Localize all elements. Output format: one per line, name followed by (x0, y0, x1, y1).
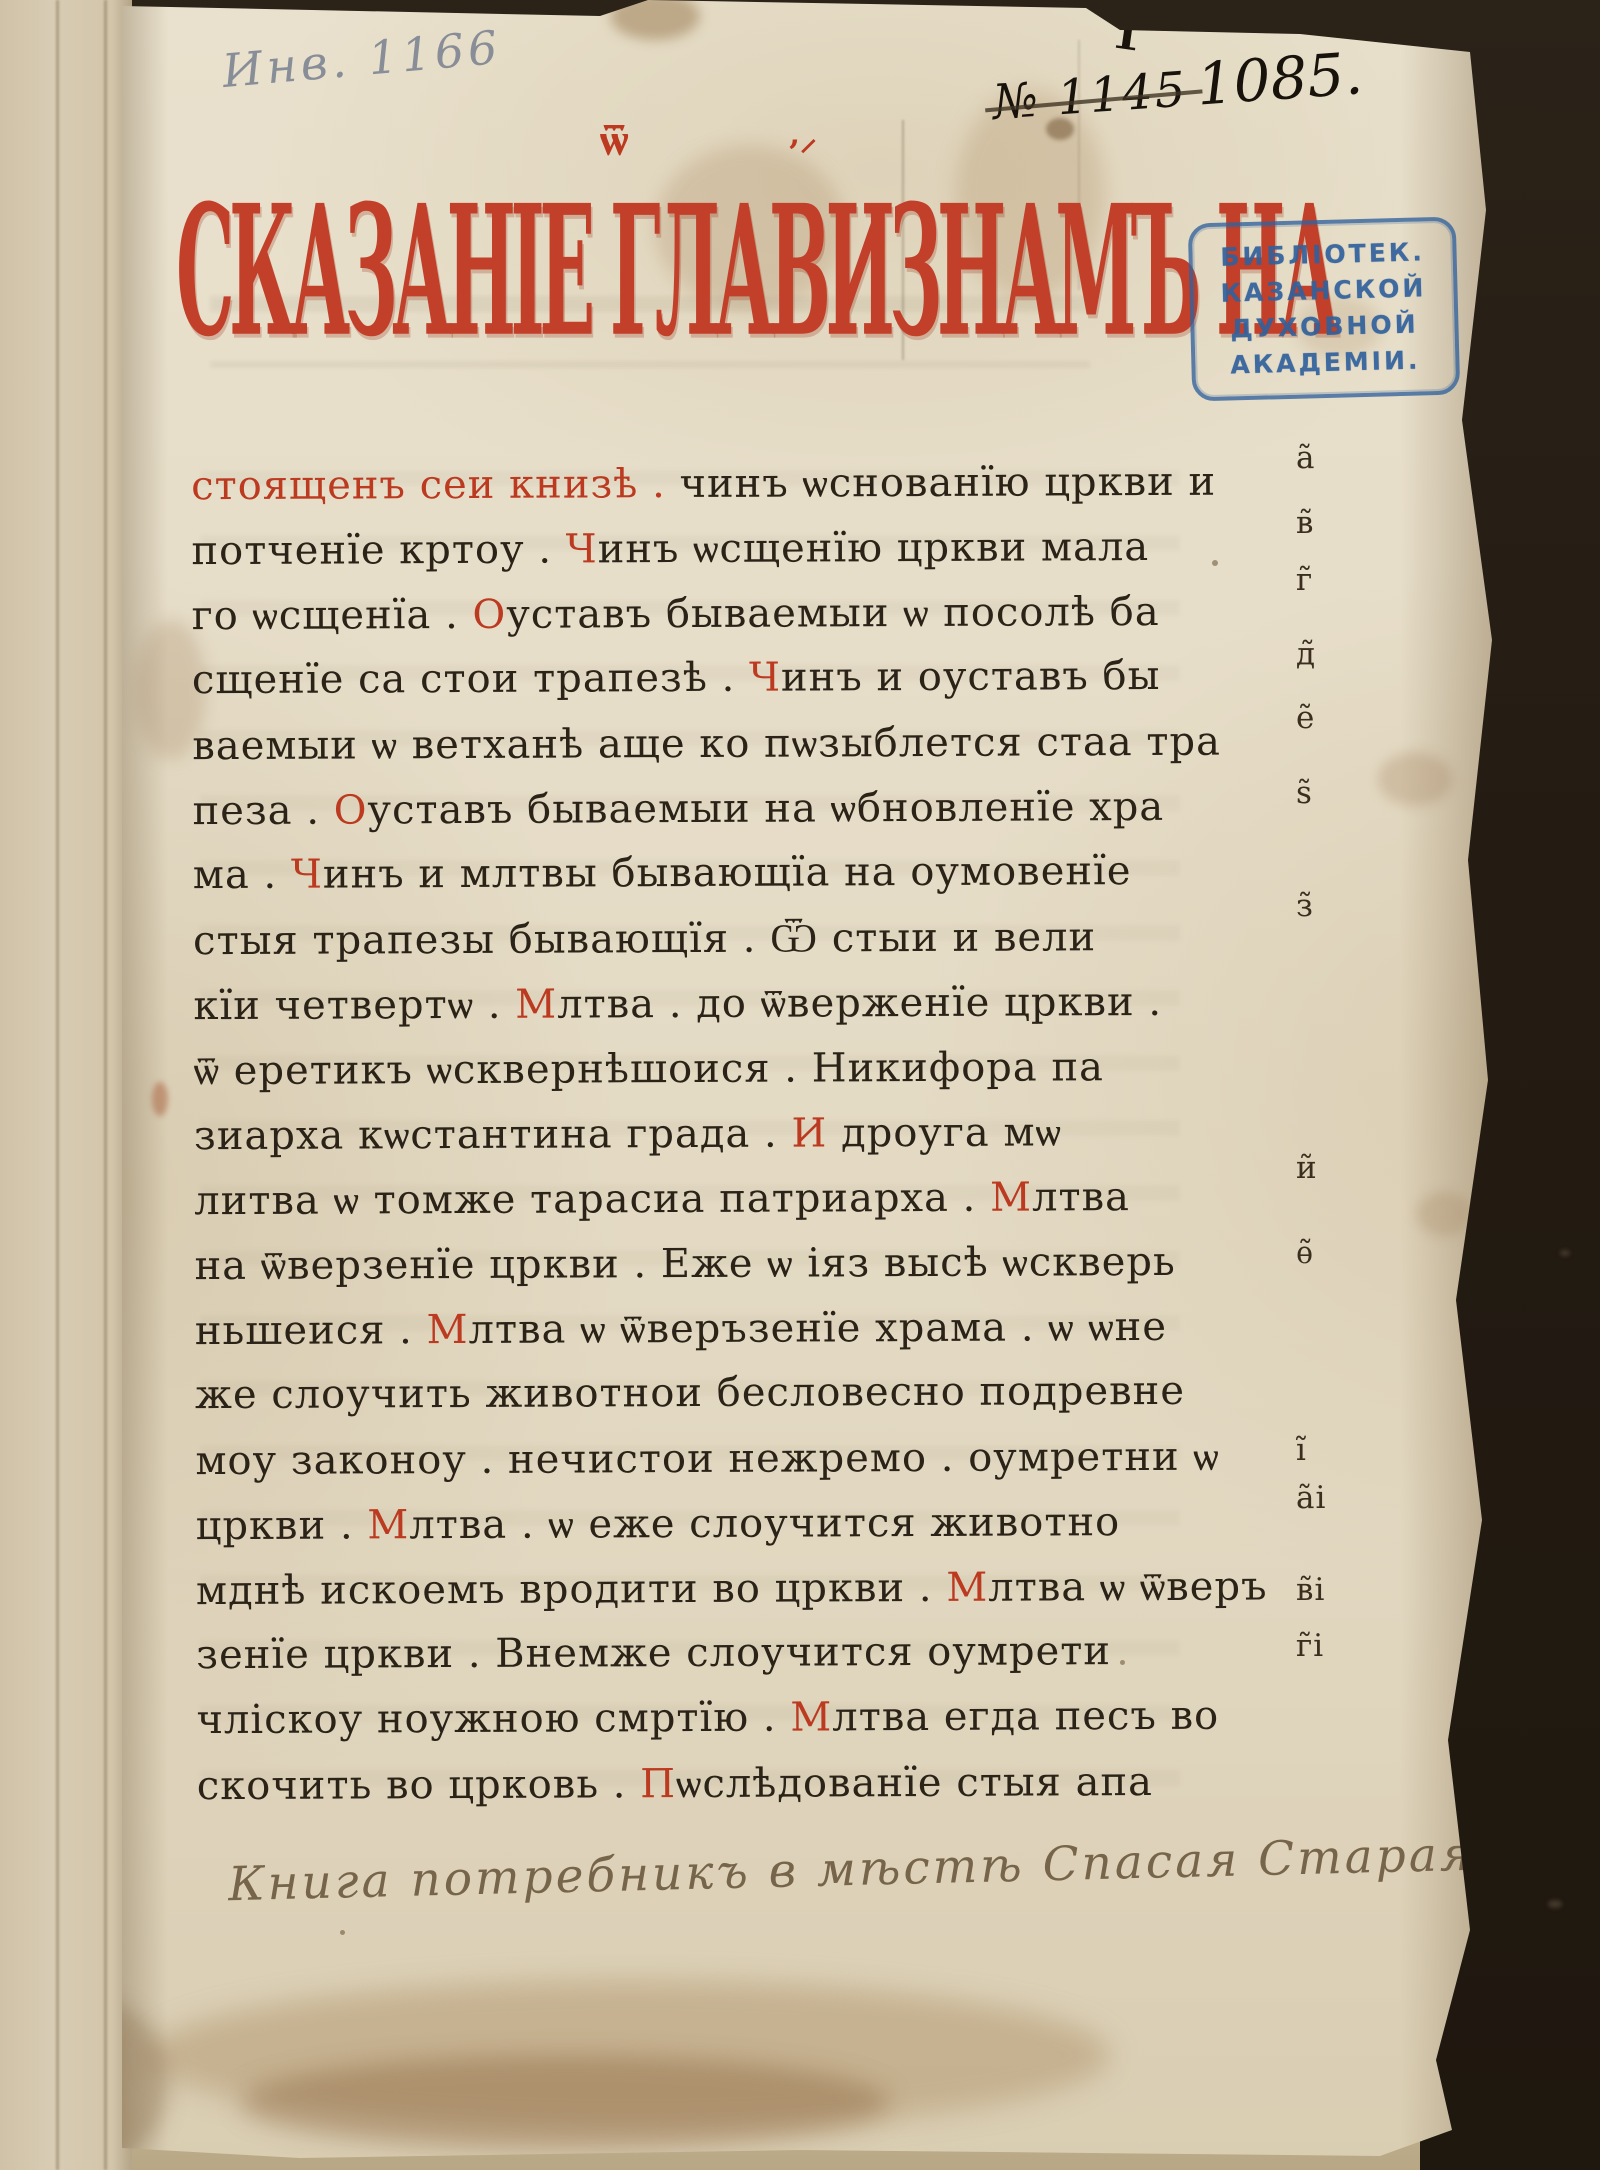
margin-number: в̃ (1296, 505, 1314, 541)
rubric-initial: М (515, 982, 557, 1028)
rubric-initial: Ч (566, 526, 598, 572)
headline-flourish-icon: ѿ (600, 112, 628, 166)
text-segment: ваемыи ѡ ветханѣ аще ко пѡзыблется стаа … (192, 719, 1221, 769)
rubric-initial: И (791, 1110, 827, 1156)
text-line: цркви . Млтва . ѡ еже слоучится животно (196, 1498, 1196, 1567)
text-line: скочить во црковь . Пѡслѣдованїе стыя ап… (197, 1758, 1197, 1827)
text-segment: сщенїе са стои трапезѣ . (192, 655, 749, 703)
text-segment: лтва (1032, 1174, 1130, 1220)
stain (240, 2055, 890, 2150)
crossed-out-number: № 1145 (991, 61, 1189, 130)
text-segment: литва ѡ томже тарасиа патриарха . (194, 1175, 990, 1224)
stain (150, 1980, 1110, 2130)
rubric-initial: М (367, 1502, 409, 1548)
text-line: потченїе кртоу . Чинъ ѡсщенїю цркви мала (191, 523, 1191, 592)
text-segment: чліскоу ноужною смртїю . (196, 1695, 790, 1744)
manuscript-photo: Инв. 1166 № 11451085. 1 ѿ ’⸍ СКАЗАНІЕ ГЛ… (0, 0, 1600, 2170)
text-segment: лтва ѡ ѿверъзенїе храма . ѡ ѡне (468, 1304, 1167, 1353)
text-segment: го ѡсщенїа . (192, 592, 473, 639)
fold-crease (56, 0, 59, 2170)
rubric-initial: О (334, 787, 368, 833)
binding-shadow (122, 0, 168, 2170)
text-segment: лтва ѡ ѿверъ (988, 1564, 1267, 1611)
text-segment: лтва . до ѿверженїе цркви . (557, 979, 1162, 1028)
text-segment: же слоучить животнои бесловесно подревне (195, 1368, 1185, 1418)
parchment-page: Инв. 1166 № 11451085. 1 ѿ ’⸍ СКАЗАНІЕ ГЛ… (0, 0, 1600, 2170)
text-segment: инъ ѡсщенїю цркви мала (598, 524, 1150, 572)
margin-number: з̃ (1296, 888, 1314, 924)
margin-number: і̃ (1296, 1432, 1307, 1468)
stain (1378, 752, 1452, 806)
text-segment: лтва . ѡ еже слоучится животно (409, 1499, 1120, 1548)
text-line: пеза . Оуставъ бываемыи на ѡбновленїе хр… (192, 783, 1192, 852)
margin-number: а̃ (1296, 440, 1315, 476)
ink-speck (340, 1930, 345, 1935)
margin-number: ѳ̃ (1296, 1235, 1314, 1271)
rubric-initial: стоященъ сеи книзѣ . (191, 461, 680, 509)
rubric-initial: М (426, 1307, 468, 1353)
rubric-initial: О (472, 592, 506, 638)
text-line: сщенїе са стои трапезѣ . Чинъ и оуставъ … (192, 653, 1192, 722)
body-text: стоященъ сеи книзѣ . чинъ ѡснованїю цркв… (191, 458, 1197, 1827)
text-line: литва ѡ томже тарасиа патриарха . Млтва (194, 1173, 1194, 1242)
text-line: же слоучить животнои бесловесно подревне (195, 1368, 1195, 1437)
text-segment: цркви . (196, 1502, 368, 1549)
text-segment: моу законоу . нечистои нежремо . оумретн… (195, 1434, 1219, 1484)
text-segment: пеза . (192, 788, 333, 835)
text-line: на ѿверзенїе цркви . Еже ѡ іяз высѣ ѡскв… (194, 1238, 1194, 1307)
text-line: стоященъ сеи книзѣ . чинъ ѡснованїю цркв… (191, 458, 1191, 527)
rubric-initial: М (946, 1565, 988, 1611)
rubric-initial: П (640, 1761, 676, 1807)
margin-number: ѕ̃ (1296, 775, 1313, 811)
fold-crease (104, 0, 107, 2170)
text-segment: инъ и оуставъ бы (781, 653, 1161, 701)
text-segment: ѡслѣдованїе стыя апа (676, 1759, 1153, 1807)
text-line: зенїе цркви . Внемже слоучится оумрети (196, 1628, 1196, 1697)
text-segment: инъ и млтвы бывающїа на оумовенїе (323, 848, 1132, 898)
text-line: стыя трапезы бывающїя . Ѿ стыи и вели (193, 913, 1193, 982)
text-segment: уставъ бываемыи на ѡбновленїе хра (367, 784, 1164, 833)
text-segment: кїи четвертѡ . (193, 982, 515, 1029)
text-segment: ѿ еретикъ ѡсквернѣшоися . Никифора па (194, 1044, 1104, 1094)
text-segment: чинъ ѡснованїю цркви и (679, 459, 1216, 507)
margin-number: и̃ (1296, 1150, 1318, 1186)
text-segment: потченїе кртоу . (191, 527, 566, 575)
margin-number: а̃і (1296, 1480, 1326, 1516)
under-page-left-edge (0, 0, 132, 2170)
margin-number: д̃ (1296, 636, 1316, 672)
pencil-inventory-number: Инв. 1166 (220, 20, 503, 98)
text-segment: зиарха кѡстантина града . (194, 1111, 792, 1160)
margin-number: е̃ (1296, 700, 1315, 736)
backdrop-fleck (1560, 1250, 1570, 1256)
ink-speck (1212, 560, 1218, 566)
rubric-initial: Ч (749, 655, 781, 701)
text-segment: лтва егда песъ во (832, 1693, 1219, 1741)
text-segment: стыя трапезы бывающїя . Ѿ стыи и вели (193, 914, 1096, 964)
stain (610, 0, 700, 40)
text-segment: ма . (193, 852, 291, 898)
folio-number: 1 (1109, 8, 1145, 61)
text-line: зиарха кѡстантина града . И дроуга мѡ (194, 1108, 1194, 1177)
footer-inscription: Книга потребникъ в мѣстѣ Спасая Старая (228, 1827, 1475, 1912)
text-segment: зенїе цркви . Внемже слоучится оумрети (196, 1628, 1111, 1678)
backdrop-fleck (1548, 1900, 1562, 1908)
text-segment: скочить во црковь . (197, 1761, 641, 1809)
text-segment: ньшеися . (195, 1307, 427, 1354)
text-line: ньшеися . Млтва ѡ ѿверъзенїе храма . ѡ ѡ… (195, 1303, 1195, 1372)
headline-vyaz: СКАЗАНІЕ ГЛАВИЗНАМЪ НА (176, 166, 1334, 377)
margin-number: г̃і (1296, 1628, 1324, 1664)
rubric-initial: М (990, 1175, 1032, 1221)
text-segment: уставъ бываемыи ѡ посолѣ ба (506, 589, 1160, 638)
text-line: кїи четвертѡ . Млтва . до ѿверженїе цркв… (193, 978, 1193, 1047)
margin-number: в̃і (1296, 1572, 1325, 1608)
text-line: моу законоу . нечистои нежремо . оумретн… (195, 1433, 1195, 1502)
stain (152, 1082, 168, 1116)
stain (1416, 1192, 1472, 1236)
text-line: ма . Чинъ и млтвы бывающїа на оумовенїе (193, 848, 1193, 917)
text-line: го ѡсщенїа . Оуставъ бываемыи ѡ посолѣ б… (192, 588, 1192, 657)
text-line: ваемыи ѡ ветханѣ аще ко пѡзыблется стаа … (192, 718, 1192, 787)
margin-number: г̃ (1296, 562, 1313, 598)
rubric-initial: Ч (291, 852, 323, 898)
rubric-initial: М (790, 1694, 832, 1740)
text-line: мднѣ искоемъ вродити во цркви . Млтва ѡ … (196, 1563, 1196, 1632)
text-line: чліскоу ноужною смртїю . Млтва егда песъ… (196, 1693, 1196, 1762)
text-segment: дроуга мѡ (827, 1109, 1062, 1156)
text-segment: на ѿверзенїе цркви . Еже ѡ іяз высѣ ѡскв… (194, 1239, 1175, 1289)
text-line: ѿ еретикъ ѡсквернѣшоися . Никифора па (194, 1043, 1194, 1112)
text-segment: мднѣ искоемъ вродити во цркви . (196, 1565, 947, 1614)
